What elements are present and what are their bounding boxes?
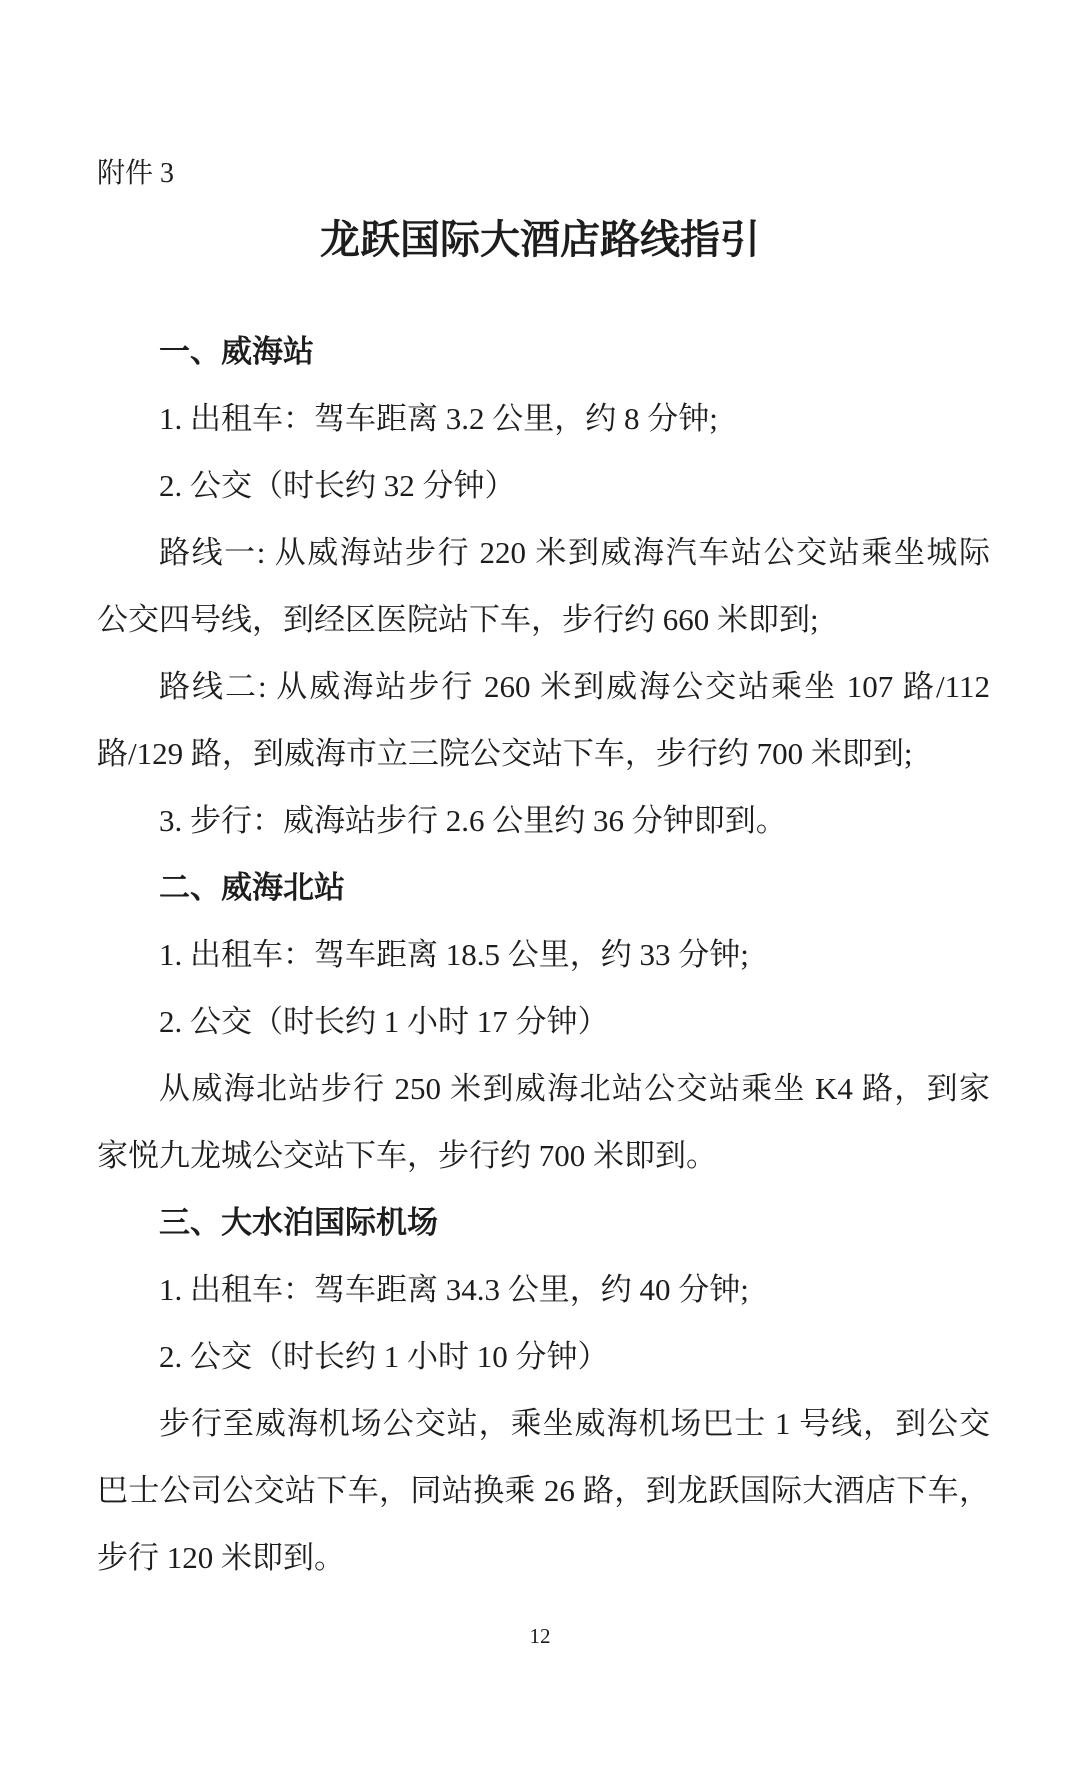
section-heading: 一、威海站 [97, 318, 990, 385]
body-line: 2. 公交（时长约 32 分钟） [97, 452, 990, 519]
page-title: 龙跃国际大酒店路线指引 [0, 218, 1080, 262]
body-line: 2. 公交（时长约 1 小时 17 分钟） [97, 988, 990, 1055]
section-heading: 三、大水泊国际机场 [97, 1189, 990, 1256]
body-line: 步行至威海机场公交站，乘坐威海机场巴士 1 号线，到公交 [97, 1390, 990, 1457]
body-line: 1. 出租车：驾车距离 18.5 公里，约 33 分钟; [97, 921, 990, 988]
body-line: 1. 出租车：驾车距离 3.2 公里，约 8 分钟; [97, 385, 990, 452]
body-line: 路线二: 从威海站步行 260 米到威海公交站乘坐 107 路/112 [97, 653, 990, 720]
document-body: 一、威海站1. 出租车：驾车距离 3.2 公里，约 8 分钟;2. 公交（时长约… [97, 318, 990, 1591]
attachment-label: 附件 3 [97, 160, 174, 188]
body-line: 1. 出租车：驾车距离 34.3 公里，约 40 分钟; [97, 1256, 990, 1323]
body-line: 路/129 路，到威海市立三院公交站下车，步行约 700 米即到; [97, 720, 990, 787]
body-line: 巴士公司公交站下车，同站换乘 26 路，到龙跃国际大酒店下车， [97, 1457, 990, 1524]
section-heading: 二、威海北站 [97, 854, 990, 921]
body-line: 家悦九龙城公交站下车，步行约 700 米即到。 [97, 1122, 990, 1189]
page-number: 12 [0, 1624, 1080, 1649]
body-line: 公交四号线，到经区医院站下车，步行约 660 米即到; [97, 586, 990, 653]
body-line: 路线一: 从威海站步行 220 米到威海汽车站公交站乘坐城际 [97, 519, 990, 586]
body-line: 3. 步行：威海站步行 2.6 公里约 36 分钟即到。 [97, 787, 990, 854]
body-line: 从威海北站步行 250 米到威海北站公交站乘坐 K4 路，到家 [97, 1055, 990, 1122]
body-line: 步行 120 米即到。 [97, 1524, 990, 1591]
document-page: 附件 3 龙跃国际大酒店路线指引 一、威海站1. 出租车：驾车距离 3.2 公里… [0, 0, 1080, 1776]
body-line: 2. 公交（时长约 1 小时 10 分钟） [97, 1323, 990, 1390]
